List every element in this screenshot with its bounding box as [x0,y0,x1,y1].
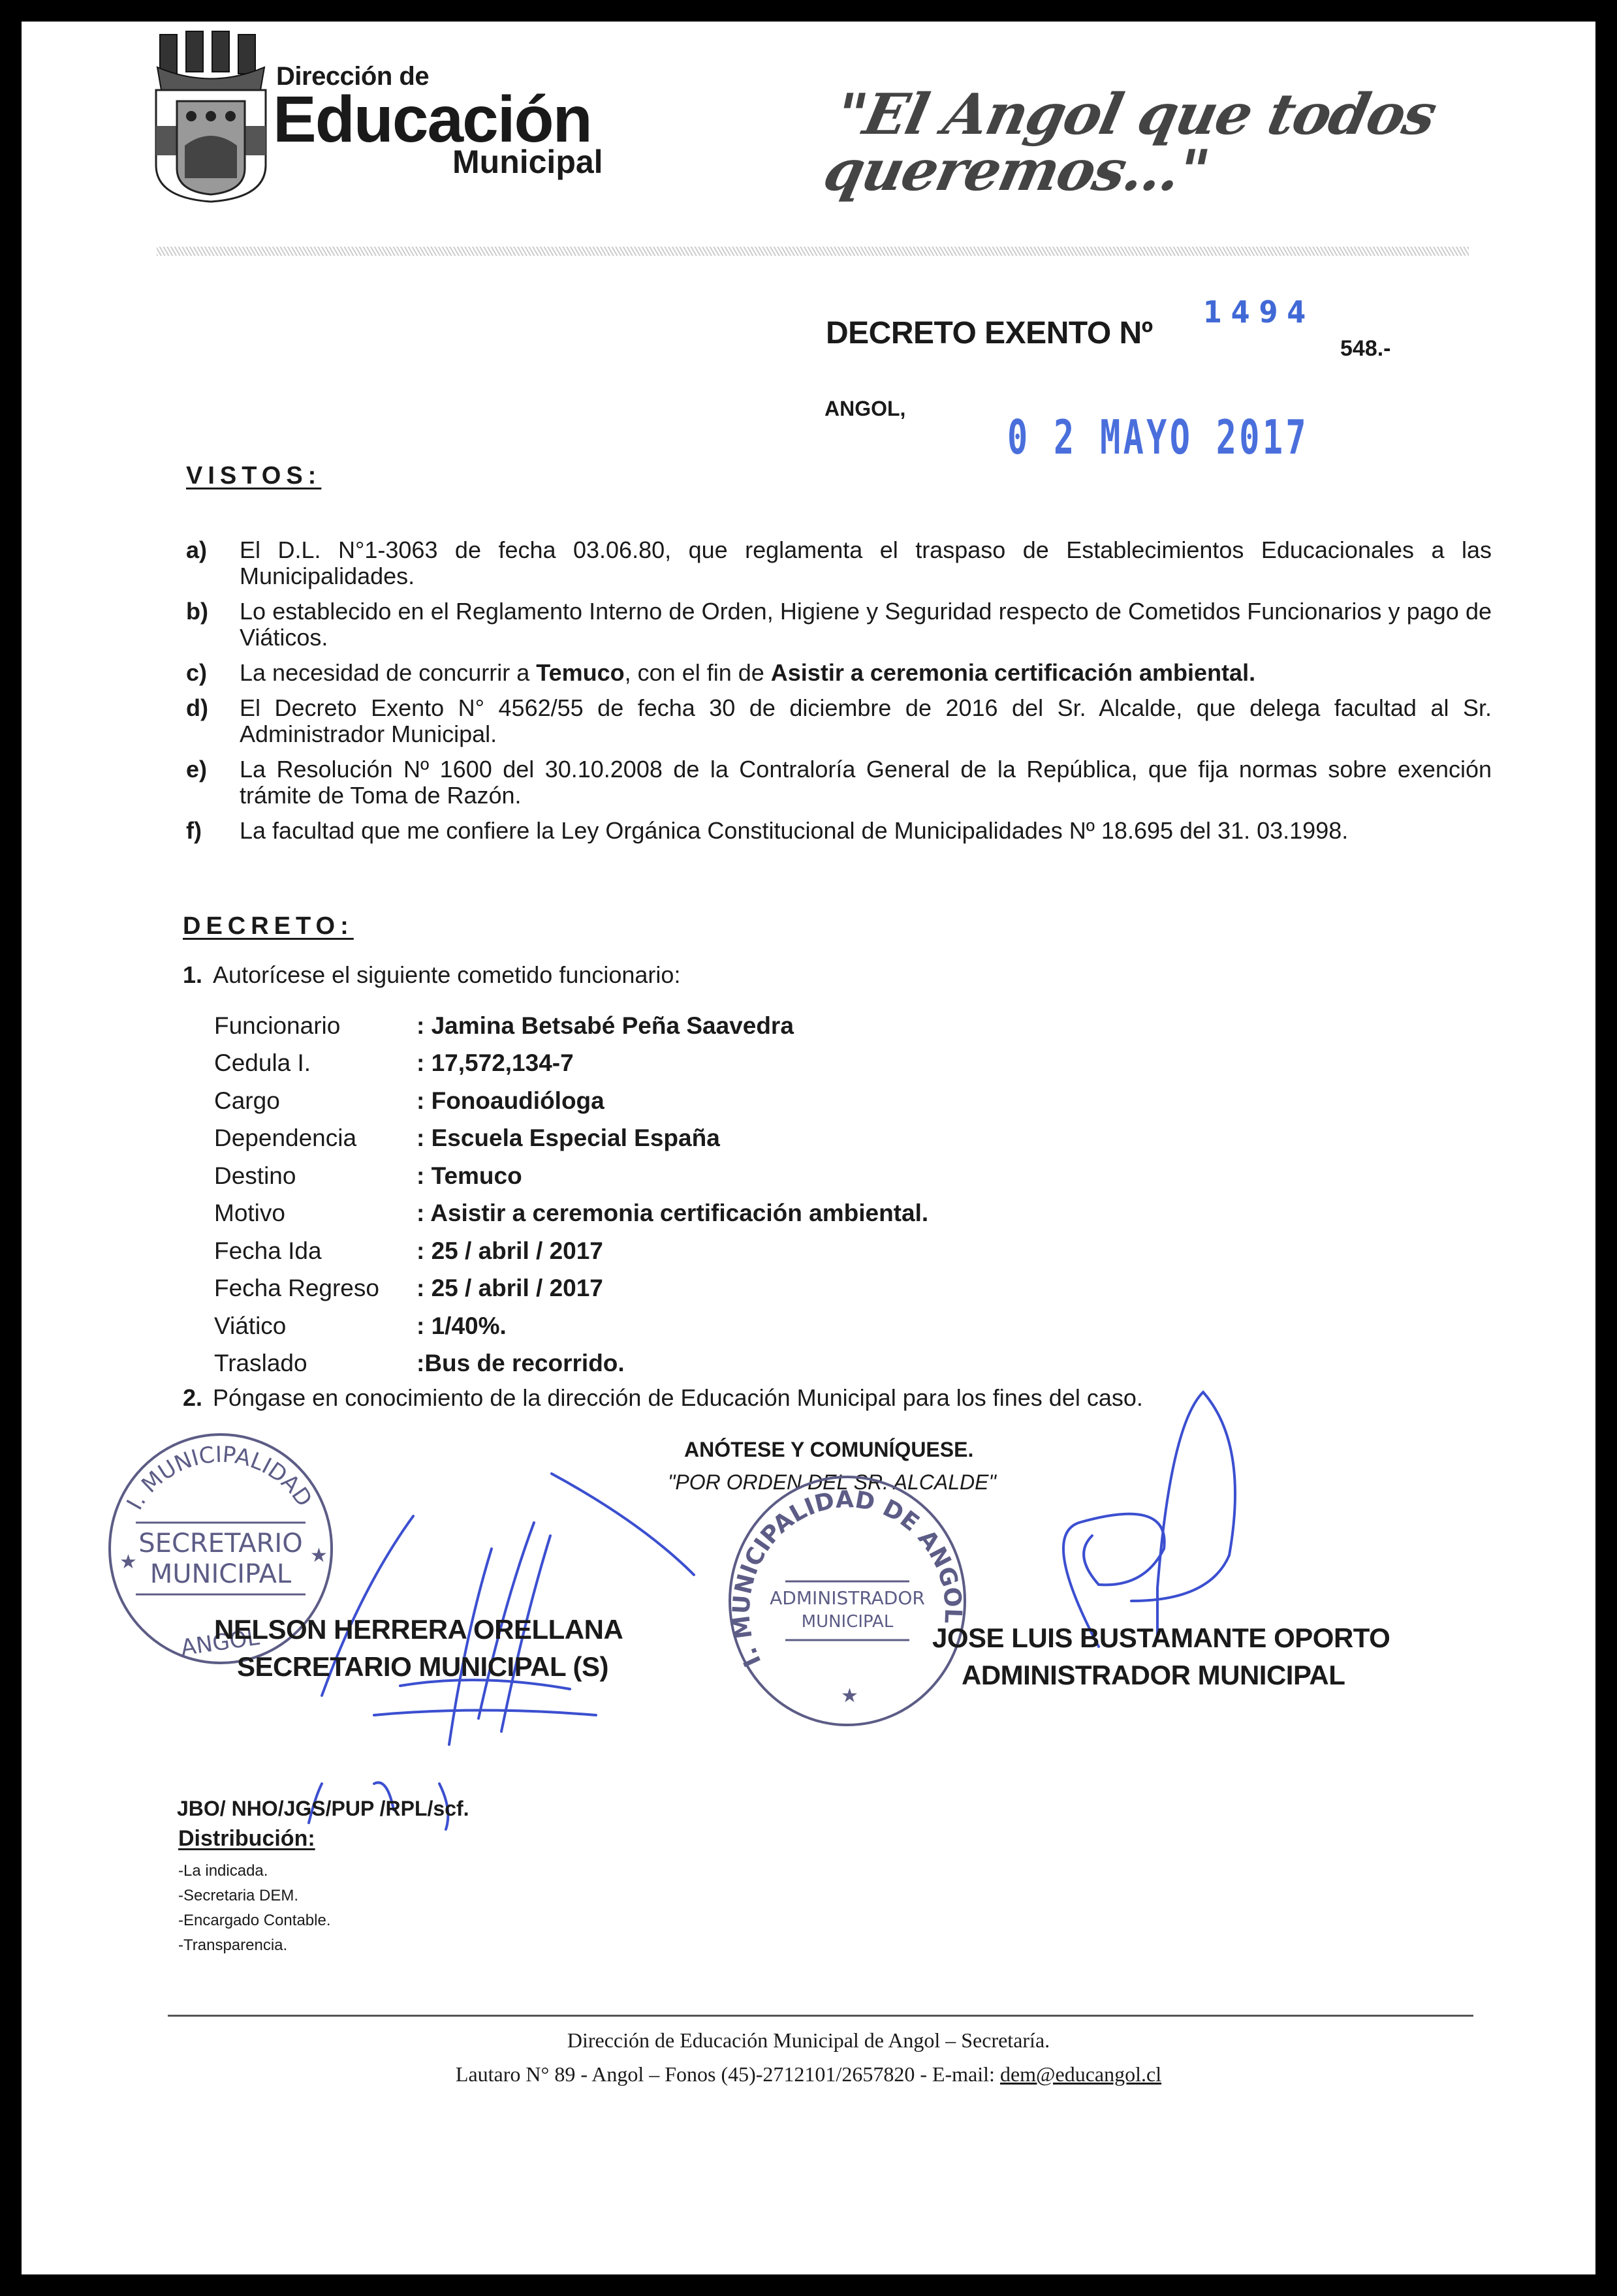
signatory-1-name: NELSON HERRERA ORELLANA [214,1614,623,1645]
initials-line: JBO/ NHO/JGS/PUP /RPL/scf. [177,1797,469,1821]
distribution-item: -Encargado Contable. [178,1908,330,1933]
document-page: Dirección de Educación Municipal "El Ang… [22,22,1595,2274]
footer-email-link[interactable]: dem@educangol.cl [1000,2062,1161,2086]
footer-divider [168,2015,1473,2017]
distribution-item: -Transparencia. [178,1933,330,1958]
distribution-heading: Distribución: [178,1826,315,1852]
distribution-item: -Secretaria DEM. [178,1884,330,1908]
distribution-item: -La indicada. [178,1859,330,1884]
footer-line-2: Lautaro N° 89 - Angol – Fonos (45)-27121… [22,2062,1595,2087]
footer-line-1: Dirección de Educación Municipal de Ango… [22,2028,1595,2053]
signatory-2-name: JOSE LUIS BUSTAMANTE OPORTO [932,1622,1390,1654]
signatory-1-role: SECRETARIO MUNICIPAL (S) [237,1651,608,1683]
signatory-2-role: ADMINISTRADOR MUNICIPAL [962,1660,1345,1691]
distribution-list: -La indicada. -Secretaria DEM. -Encargad… [178,1859,330,1958]
